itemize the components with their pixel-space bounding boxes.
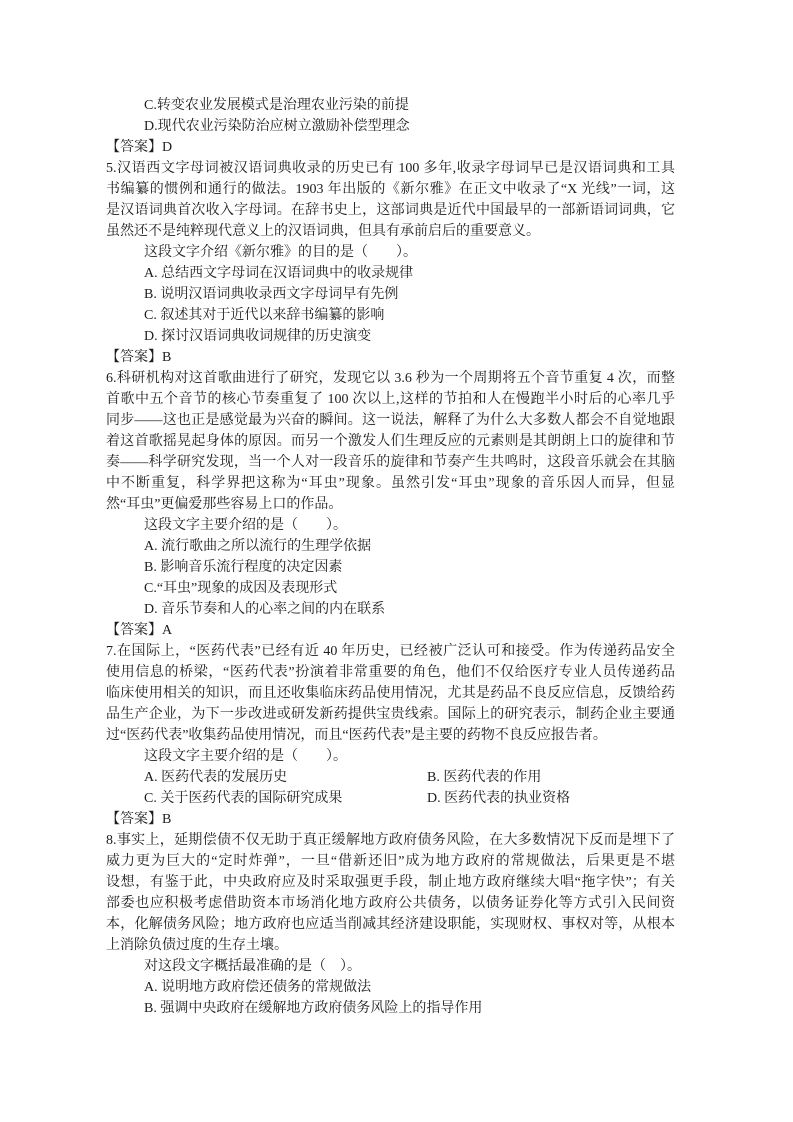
option-line: A. 说明地方政府偿还债务的常规做法 bbox=[106, 977, 675, 998]
answer-line: 【答案】B bbox=[106, 347, 675, 368]
option-line: B. 影响音乐流行程度的决定因素 bbox=[106, 557, 675, 578]
paragraph-line: 中不断重复，科学界把这称为“耳虫”现象。虽然引发“耳虫”现象的音乐因人而异，但显 bbox=[106, 473, 675, 494]
answer-line: 【答案】D bbox=[106, 137, 675, 158]
paragraph-line: 5.汉语西文字母词被汉语词典收录的历史已有 100 多年,收录字母词早已是汉语词… bbox=[106, 158, 675, 179]
paragraph-line: 着这首歌摇晃起身体的原因。而另一个激发人们生理反应的元素则是其朗朗上口的旋律和节 bbox=[106, 431, 675, 452]
option-line: C. 叙述其对于近代以来辞书编纂的影响 bbox=[106, 305, 675, 326]
option-line: D. 探讨汉语词典收词规律的历史演变 bbox=[106, 326, 675, 347]
option-left: C. 关于医药代表的国际研究成果 bbox=[144, 791, 342, 806]
paragraph-line: 6.科研机构对这首歌曲进行了研究，发现它以 3.6 秒为一个周期将五个音节重复 … bbox=[106, 368, 675, 389]
question-stem-line: 对这段文字概括最准确的是（ ）。 bbox=[106, 956, 675, 977]
paragraph-line: 设想，有鉴于此，中央政府应及时采取强更手段，制止地方政府继续大唱“拖字快”；有关 bbox=[106, 872, 675, 893]
paragraph-line: 品生产企业，为下一步改进或研发新药提供宝贵线索。国际上的研究表示，制药企业主要通 bbox=[106, 704, 675, 725]
paragraph-line: 首歌中五个音节的核心节奏重复了 100 次以上,这样的节拍和人在慢跑半小时后的心… bbox=[106, 389, 675, 410]
option-line: B. 说明汉语词典收录西文字母词早有先例 bbox=[106, 284, 675, 305]
option-line: C.转变农业发展模式是治理农业污染的前提 bbox=[106, 95, 675, 116]
option-right: D. 医药代表的执业资格 bbox=[427, 788, 570, 809]
option-right: B. 医药代表的作用 bbox=[427, 767, 541, 788]
option-line: A. 总结西文字母词在汉语词典中的收录规律 bbox=[106, 263, 675, 284]
option-row: C. 关于医药代表的国际研究成果D. 医药代表的执业资格 bbox=[106, 788, 675, 809]
paragraph-line: 同步——这也正是感觉最为兴奋的瞬间。这一说法，解释了为什么大多数人都会不自觉地跟 bbox=[106, 410, 675, 431]
question-stem-line: 这段文字主要介绍的是（ ）。 bbox=[106, 515, 675, 536]
paragraph-line: 过“医药代表”收集药品使用情况，而且“医药代表”是主要的药物不良反应报告者。 bbox=[106, 725, 675, 746]
paragraph-line: 书编纂的惯例和通行的做法。1903 年出版的《新尔雅》在正文中收录了“X 光线”… bbox=[106, 179, 675, 200]
paragraph-line: 上消除负债过度的生存土壤。 bbox=[106, 935, 675, 956]
paragraph-line: 然“耳虫”更偏爱那些容易上口的作品。 bbox=[106, 494, 675, 515]
question-stem-line: 这段文字介绍《新尔雅》的目的是（ ）。 bbox=[106, 242, 675, 263]
document-page: C.转变农业发展模式是治理农业污染的前提D.现代农业污染防治应树立激励补偿型理念… bbox=[106, 95, 675, 1019]
option-row: A. 医药代表的发展历史B. 医药代表的作用 bbox=[106, 767, 675, 788]
option-line: D. 音乐节奏和人的心率之间的内在联系 bbox=[106, 599, 675, 620]
option-line: B. 强调中央政府在缓解地方政府债务风险上的指导作用 bbox=[106, 998, 675, 1019]
option-left: A. 医药代表的发展历史 bbox=[144, 770, 287, 785]
answer-line: 【答案】B bbox=[106, 809, 675, 830]
paragraph-line: 虽然还不是纯粹现代意义上的汉语词典，但具有承前启后的重要意义。 bbox=[106, 221, 675, 242]
paragraph-line: 是汉语词典首次收入字母词。在辞书史上，这部词典是近代中国最早的一部新语词词典，它 bbox=[106, 200, 675, 221]
paragraph-line: 使用信息的桥梁，“医药代表”扮演着非常重要的角色，他们不仅给医疗专业人员传递药品 bbox=[106, 662, 675, 683]
paragraph-line: 威力更为巨大的“定时炸弹”，一旦“借新还旧”成为地方政府的常规做法，后果更是不堪 bbox=[106, 851, 675, 872]
option-line: A. 流行歌曲之所以流行的生理学依据 bbox=[106, 536, 675, 557]
paragraph-line: 临床使用相关的知识，而且还收集临床药品使用情况，尤其是药品不良反应信息，反馈给药 bbox=[106, 683, 675, 704]
paragraph-line: 部委也应积极考虑借助资本市场消化地方政府公共债务，以债务证券化等方式引入民间资 bbox=[106, 893, 675, 914]
option-line: D.现代农业污染防治应树立激励补偿型理念 bbox=[106, 116, 675, 137]
question-stem-line: 这段文字主要介绍的是（ ）。 bbox=[106, 746, 675, 767]
answer-line: 【答案】A bbox=[106, 620, 675, 641]
paragraph-line: 8.事实上，延期偿债不仅无助于真正缓解地方政府债务风险，在大多数情况下反而是埋下… bbox=[106, 830, 675, 851]
paragraph-line: 7.在国际上，“医药代表”已经有近 40 年历史，已经被广泛认可和接受。作为传递… bbox=[106, 641, 675, 662]
option-line: C.“耳虫”现象的成因及表现形式 bbox=[106, 578, 675, 599]
paragraph-line: 奏——科学研究发现，当一个人对一段音乐的旋律和节奏产生共鸣时，这段音乐就会在其脑 bbox=[106, 452, 675, 473]
paragraph-line: 本，化解债务风险；地方政府也应适当削减其经济建设职能，实现财权、事权对等，从根本 bbox=[106, 914, 675, 935]
